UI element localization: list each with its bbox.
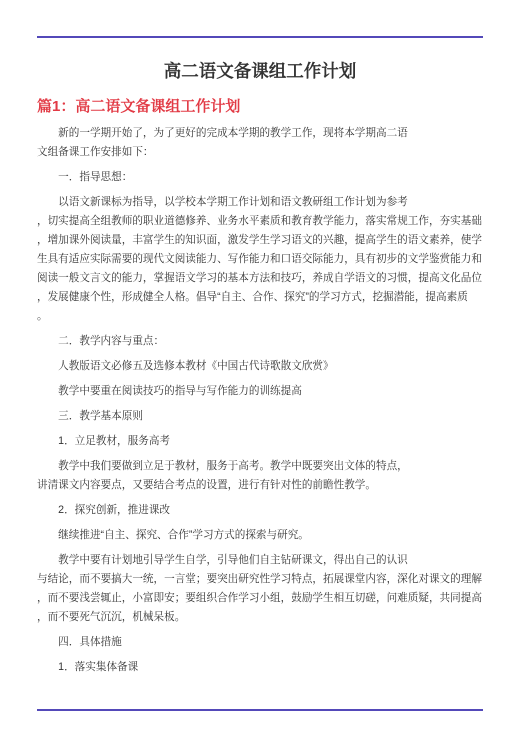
paragraph: 教学中要重在阅读技巧的指导与写作能力的训练提高 — [37, 382, 483, 401]
document-content: 高二语文备课组工作计划 篇1：高二语文备课组工作计划 新的一学期开始了，为了更好… — [0, 0, 520, 677]
section-heading: 篇1：高二语文备课组工作计划 — [37, 98, 483, 115]
paragraph: 继续推进“自主、探究、合作”学习方式的探索与研究。 — [37, 526, 483, 545]
paragraph: 教学中要有计划地引导学生自学，引导他们自主钻研课文，得出自己的认识 与结论，而不… — [37, 551, 483, 627]
paragraph: 教学中我们要做到立足于教材，服务于高考。教学中既要突出文体的特点， 讲清课文内容… — [37, 457, 483, 495]
paragraph: 1．立足教材，服务高考 — [37, 432, 483, 451]
paragraph: 新的一学期开始了，为了更好的完成本学期的教学工作，现将本学期高二语 文组备课工作… — [37, 124, 483, 162]
paragraph: 二．教学内容与重点： — [37, 332, 483, 351]
top-divider — [37, 36, 483, 38]
paragraph: 1．落实集体备课 — [37, 658, 483, 677]
paragraph: 2．探究创新，推进课改 — [37, 501, 483, 520]
paragraph: 人教版语文必修五及选修本教材《中国古代诗歌散文欣赏》 — [37, 357, 483, 376]
bottom-divider — [37, 709, 483, 711]
document-body: 新的一学期开始了，为了更好的完成本学期的教学工作，现将本学期高二语 文组备课工作… — [37, 124, 483, 677]
page-title: 高二语文备课组工作计划 — [37, 58, 483, 84]
paragraph: 一．指导思想： — [37, 168, 483, 187]
paragraph: 四．具体措施 — [37, 633, 483, 652]
paragraph: 三．教学基本原则 — [37, 407, 483, 426]
document-page: 高二语文备课组工作计划 篇1：高二语文备课组工作计划 新的一学期开始了，为了更好… — [0, 0, 520, 736]
paragraph: 以语文新课标为指导，以学校本学期工作计划和语文教研组工作计划为参考 ，切实提高全… — [37, 193, 483, 326]
